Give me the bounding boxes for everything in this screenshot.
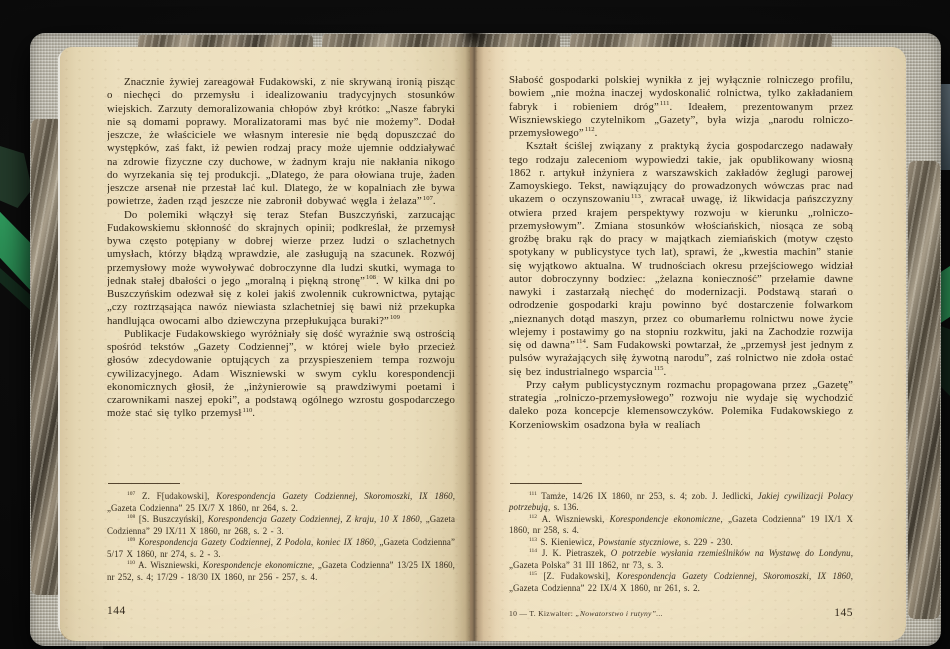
footnote: 107 Z. F[udakowski], Korespondencja Gaze… — [107, 491, 455, 514]
book-photo-scene: Znacznie żywiej zareagował Fudakowski, z… — [0, 0, 950, 649]
left-page-footnotes: 107 Z. F[udakowski], Korespondencja Gaze… — [107, 483, 455, 583]
left-page-footer: 144 — [107, 605, 455, 617]
paragraph: Do polemiki włączył się teraz Stefan Bus… — [107, 209, 455, 328]
paragraph: Słabość gospodarki polskiej wynikła z je… — [509, 74, 853, 140]
footnote: 111 Tamże, 14/26 IX 1860, nr 253, s. 4; … — [509, 491, 853, 514]
right-page: Słabość gospodarki polskiej wynikła z je… — [470, 47, 906, 641]
printer-signature: 10 — T. Kizwalter: „Nowatorstwo i rutyny… — [509, 609, 663, 618]
footnote: 113 S. Kieniewicz, Powstanie styczniowe,… — [509, 537, 853, 549]
right-page-footer: 10 — T. Kizwalter: „Nowatorstwo i rutyny… — [509, 607, 853, 619]
background-green-shape-left-dark — [0, 146, 32, 208]
right-page-footnotes: 111 Tamże, 14/26 IX 1860, nr 253, s. 4; … — [509, 483, 853, 595]
paragraph: Publikacje Fudakowskiego wyróżniały się … — [107, 328, 455, 421]
left-page: Znacznie żywiej zareagował Fudakowski, z… — [60, 47, 470, 641]
right-page-body-text: Słabość gospodarki polskiej wynikła z je… — [509, 74, 853, 432]
paragraph: Znacznie żywiej zareagował Fudakowski, z… — [107, 76, 455, 209]
paragraph: Przy całym publicystycznym rozmachu prop… — [509, 379, 853, 432]
page-block: Znacznie żywiej zareagował Fudakowski, z… — [58, 47, 906, 641]
footnote: 114 J. K. Pietraszek, O potrzebie wysłan… — [509, 548, 853, 571]
footnote-divider — [510, 483, 582, 484]
footnote: 110 A. Wiszniewski, Korespondencje ekono… — [107, 560, 455, 583]
cover-marbling-right — [908, 161, 940, 619]
left-page-body-text: Znacznie żywiej zareagował Fudakowski, z… — [107, 76, 455, 421]
page-number: 145 — [834, 607, 853, 619]
footnote-divider — [108, 483, 180, 484]
footnote: 109 Korespondencja Gazety Codziennej, Z … — [107, 537, 455, 560]
paragraph: Kształt ściślej związany z praktyką życi… — [509, 140, 853, 379]
footnote: 115 [Z. Fudakowski], Korespondencja Gaze… — [509, 571, 853, 594]
page-number: 144 — [107, 605, 126, 617]
footnote: 108 [S. Buszczyński], Korespondencja Gaz… — [107, 514, 455, 537]
footnote: 112 A. Wiszniewski, Korespondencje ekono… — [509, 514, 853, 537]
open-book: Znacznie żywiej zareagował Fudakowski, z… — [30, 33, 941, 646]
